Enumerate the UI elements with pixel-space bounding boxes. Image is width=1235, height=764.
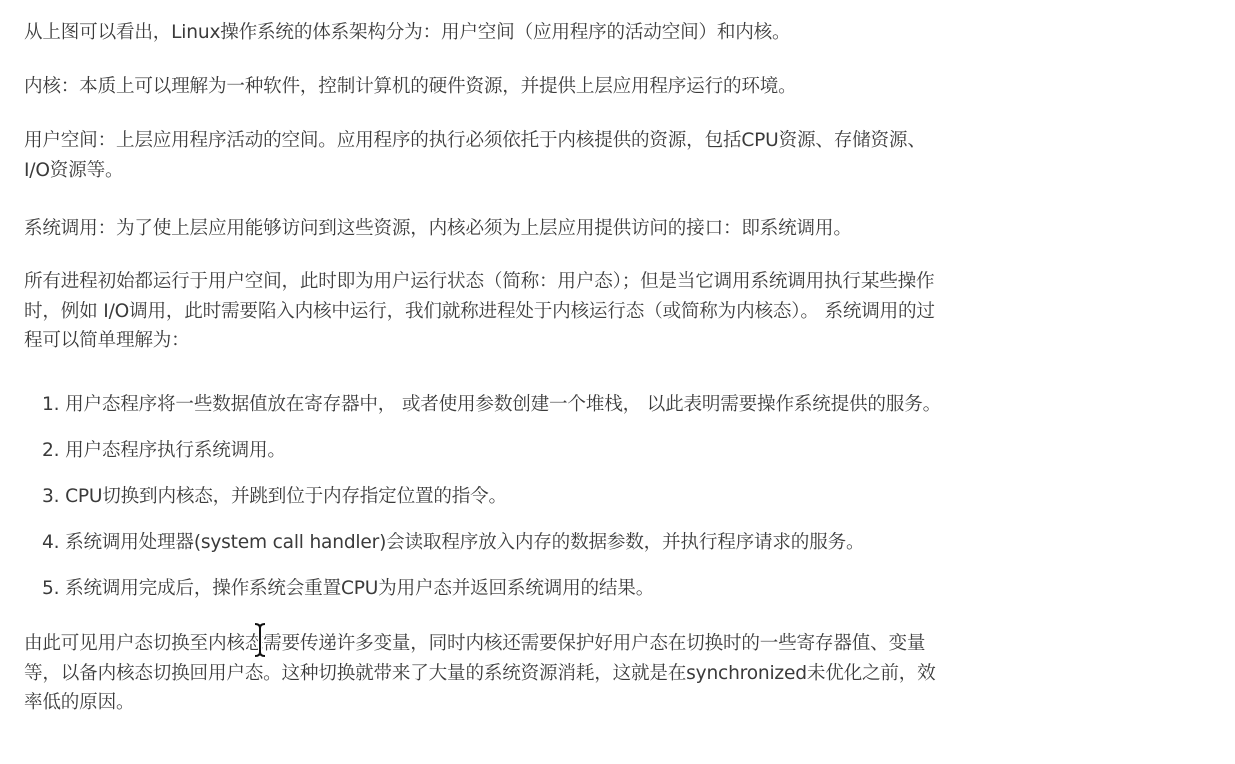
paragraph-user-space: 用户空间：上层应用程序活动的空间。应用程序的执行必须依托于内核提供的资源，包括C… — [24, 126, 1154, 185]
line: I/O资源等。 — [24, 160, 123, 181]
line: 由此可见用户态切换至内核态需要传递许多变量，同时内核还需要保护好用户态在切换时的… — [24, 633, 925, 654]
list-item: 2. 用户态程序执行系统调用。 — [42, 436, 286, 466]
paragraph-intro: 从上图可以看出，Linux操作系统的体系架构分为：用户空间（应用程序的活动空间）… — [24, 18, 1154, 48]
paragraph-conclusion: 由此可见用户态切换至内核态需要传递许多变量，同时内核还需要保护好用户态在切换时的… — [24, 629, 1154, 718]
line: 程可以简单理解为： — [24, 330, 190, 351]
paragraph-syscall: 系统调用：为了使上层应用能够访问到这些资源，内核必须为上层应用提供访问的接口：即… — [24, 214, 1154, 244]
line: 用户空间：上层应用程序活动的空间。应用程序的执行必须依托于内核提供的资源，包括C… — [24, 130, 926, 151]
text-cursor-icon — [253, 622, 267, 658]
list-item: 4. 系统调用处理器(system call handler)会读取程序放入内存… — [42, 528, 864, 558]
line: 时，例如 I/O调用，此时需要陷入内核中运行，我们就称进程处于内核运行态（或简称… — [24, 301, 935, 322]
line: 所有进程初始都运行于用户空间，此时即为用户运行状态（简称：用户态）；但是当它调用… — [24, 271, 934, 292]
line: 率低的原因。 — [24, 692, 134, 713]
list-item: 3. CPU切换到内核态，并跳到位于内存指定位置的指令。 — [42, 482, 507, 512]
paragraph-kernel: 内核：本质上可以理解为一种软件，控制计算机的硬件资源，并提供上层应用程序运行的环… — [24, 72, 1154, 102]
paragraph-process-state: 所有进程初始都运行于用户空间，此时即为用户运行状态（简称：用户态）；但是当它调用… — [24, 267, 1154, 356]
list-item: 1. 用户态程序将一些数据值放在寄存器中， 或者使用参数创建一个堆栈， 以此表明… — [42, 390, 941, 420]
list-item: 5. 系统调用完成后，操作系统会重置CPU为用户态并返回系统调用的结果。 — [42, 574, 654, 604]
line: 等，以备内核态切换回用户态。这种切换就带来了大量的系统资源消耗，这就是在sync… — [24, 663, 936, 684]
